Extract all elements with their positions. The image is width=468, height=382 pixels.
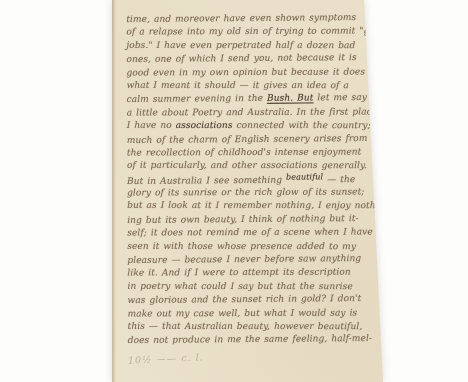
handwritten-line: glory of its sunrise or the rich glow of… [127,187,367,201]
handwritten-line: self; it does not remind me of a scene w… [127,227,367,241]
handwritten-segment: was glorious and the sunset rich in gold… [127,294,361,306]
handwritten-segment: calm summer evening in the [127,94,267,105]
handwritten-segment: make out my case well, but what I would … [128,308,358,319]
handwritten-line: ones, one of which I send you, not becau… [126,52,366,67]
handwritten-segment: — the [323,175,355,185]
handwritten-line: But in Australia I see something beautif… [127,173,367,188]
handwritten-line: much of the charm of English scenery ari… [127,132,367,147]
manuscript-photo: time, and moreover have even shown sympt… [0,0,468,382]
handwritten-segment: let me say [313,93,367,103]
handwritten-line: a little about Poetry and Australia. In … [127,106,367,120]
handwritten-segment: time, and moreover have even shown sympt… [126,13,356,25]
handwritten-line: calm summer evening in the Bush. But let… [127,92,367,107]
letter-page: time, and moreover have even shown sympt… [0,0,468,382]
handwritten-line: does not produce in me the same feeling,… [128,333,368,348]
handwritten-segment: what I meant it should — it gives an ide… [127,81,349,91]
handwritten-segment: seen it with those whose presence added … [127,242,356,252]
handwritten-segment: like it. And if I were to attempt its de… [127,268,350,279]
handwritten-segment: much of the charm of English scenery ari… [127,133,368,145]
letter-page-wrap: time, and moreover have even shown sympt… [0,0,468,382]
handwritten-line: was glorious and the sunset rich in gold… [127,293,367,308]
handwritten-segment: of it particularly, and other associatio… [127,161,367,171]
handwritten-segment: does not produce in me the same feeling,… [128,334,372,346]
handwritten-segment: in poetry what could I say but that the … [127,282,352,292]
handwritten-segment: pleasure — because I never before saw an… [127,254,361,266]
handwritten-segment: glory of its sunrise or the rich glow of… [127,188,364,199]
handwritten-segment: the recollection of childhood's intense … [127,147,362,158]
handwritten-line: but as I look at it I remember nothing, … [127,200,367,214]
handwritten-segment: I have no [127,121,176,131]
handwritten-correction: associations [176,121,233,131]
handwritten-line: time, and moreover have even shown sympt… [126,12,366,27]
handwritten-segment: a little about Poetry and Australia. In … [127,107,381,118]
handwritten-segment: but as I look at it I remember nothing, … [127,201,379,211]
handwritten-segment: of a relapse into my old sin of trying t… [126,27,386,38]
handwritten-line: seen it with those whose presence added … [127,241,367,255]
pencil-annotation: 10½ —— c. l. [128,352,204,366]
handwritten-correction: Bush. But [267,94,314,104]
handwritten-correction: beautiful [286,172,323,181]
handwritten-segment: self; it does not remind me of a scene w… [127,228,373,239]
handwritten-line: pleasure — because I never before saw an… [127,253,367,268]
handwritten-segment: But in Australia I see something [127,175,286,186]
handwritten-line: jobs." I have even perpetrated half a do… [126,40,366,54]
handwritten-line: of it particularly, and other associatio… [127,160,367,174]
handwritten-line: I have no associations connected with th… [127,120,367,134]
handwritten-text: time, and moreover have even shown sympt… [126,12,367,348]
handwritten-line: good even in my own opinion but because … [127,66,367,80]
handwritten-segment: connected with the country; [233,121,371,131]
handwritten-line: the recollection of childhood's intense … [127,146,367,160]
handwritten-line: make out my case well, but what I would … [128,307,368,321]
handwritten-segment: ones, one of which I send you, not becau… [126,53,356,65]
handwritten-segment: this — that Australian beauty, however b… [128,322,363,332]
handwritten-segment: jobs." I have even perpetrated half a do… [126,41,355,51]
paper-left-edge [112,0,116,382]
handwritten-line: like it. And if I were to attempt its de… [127,267,367,281]
handwritten-line: of a relapse into my old sin of trying t… [126,26,366,40]
handwritten-line: ing but its own beauty, I think of nothi… [127,213,367,228]
handwritten-segment: ing but its own beauty, I think of nothi… [127,214,359,226]
handwritten-segment: good even in my own opinion but because … [127,67,366,78]
